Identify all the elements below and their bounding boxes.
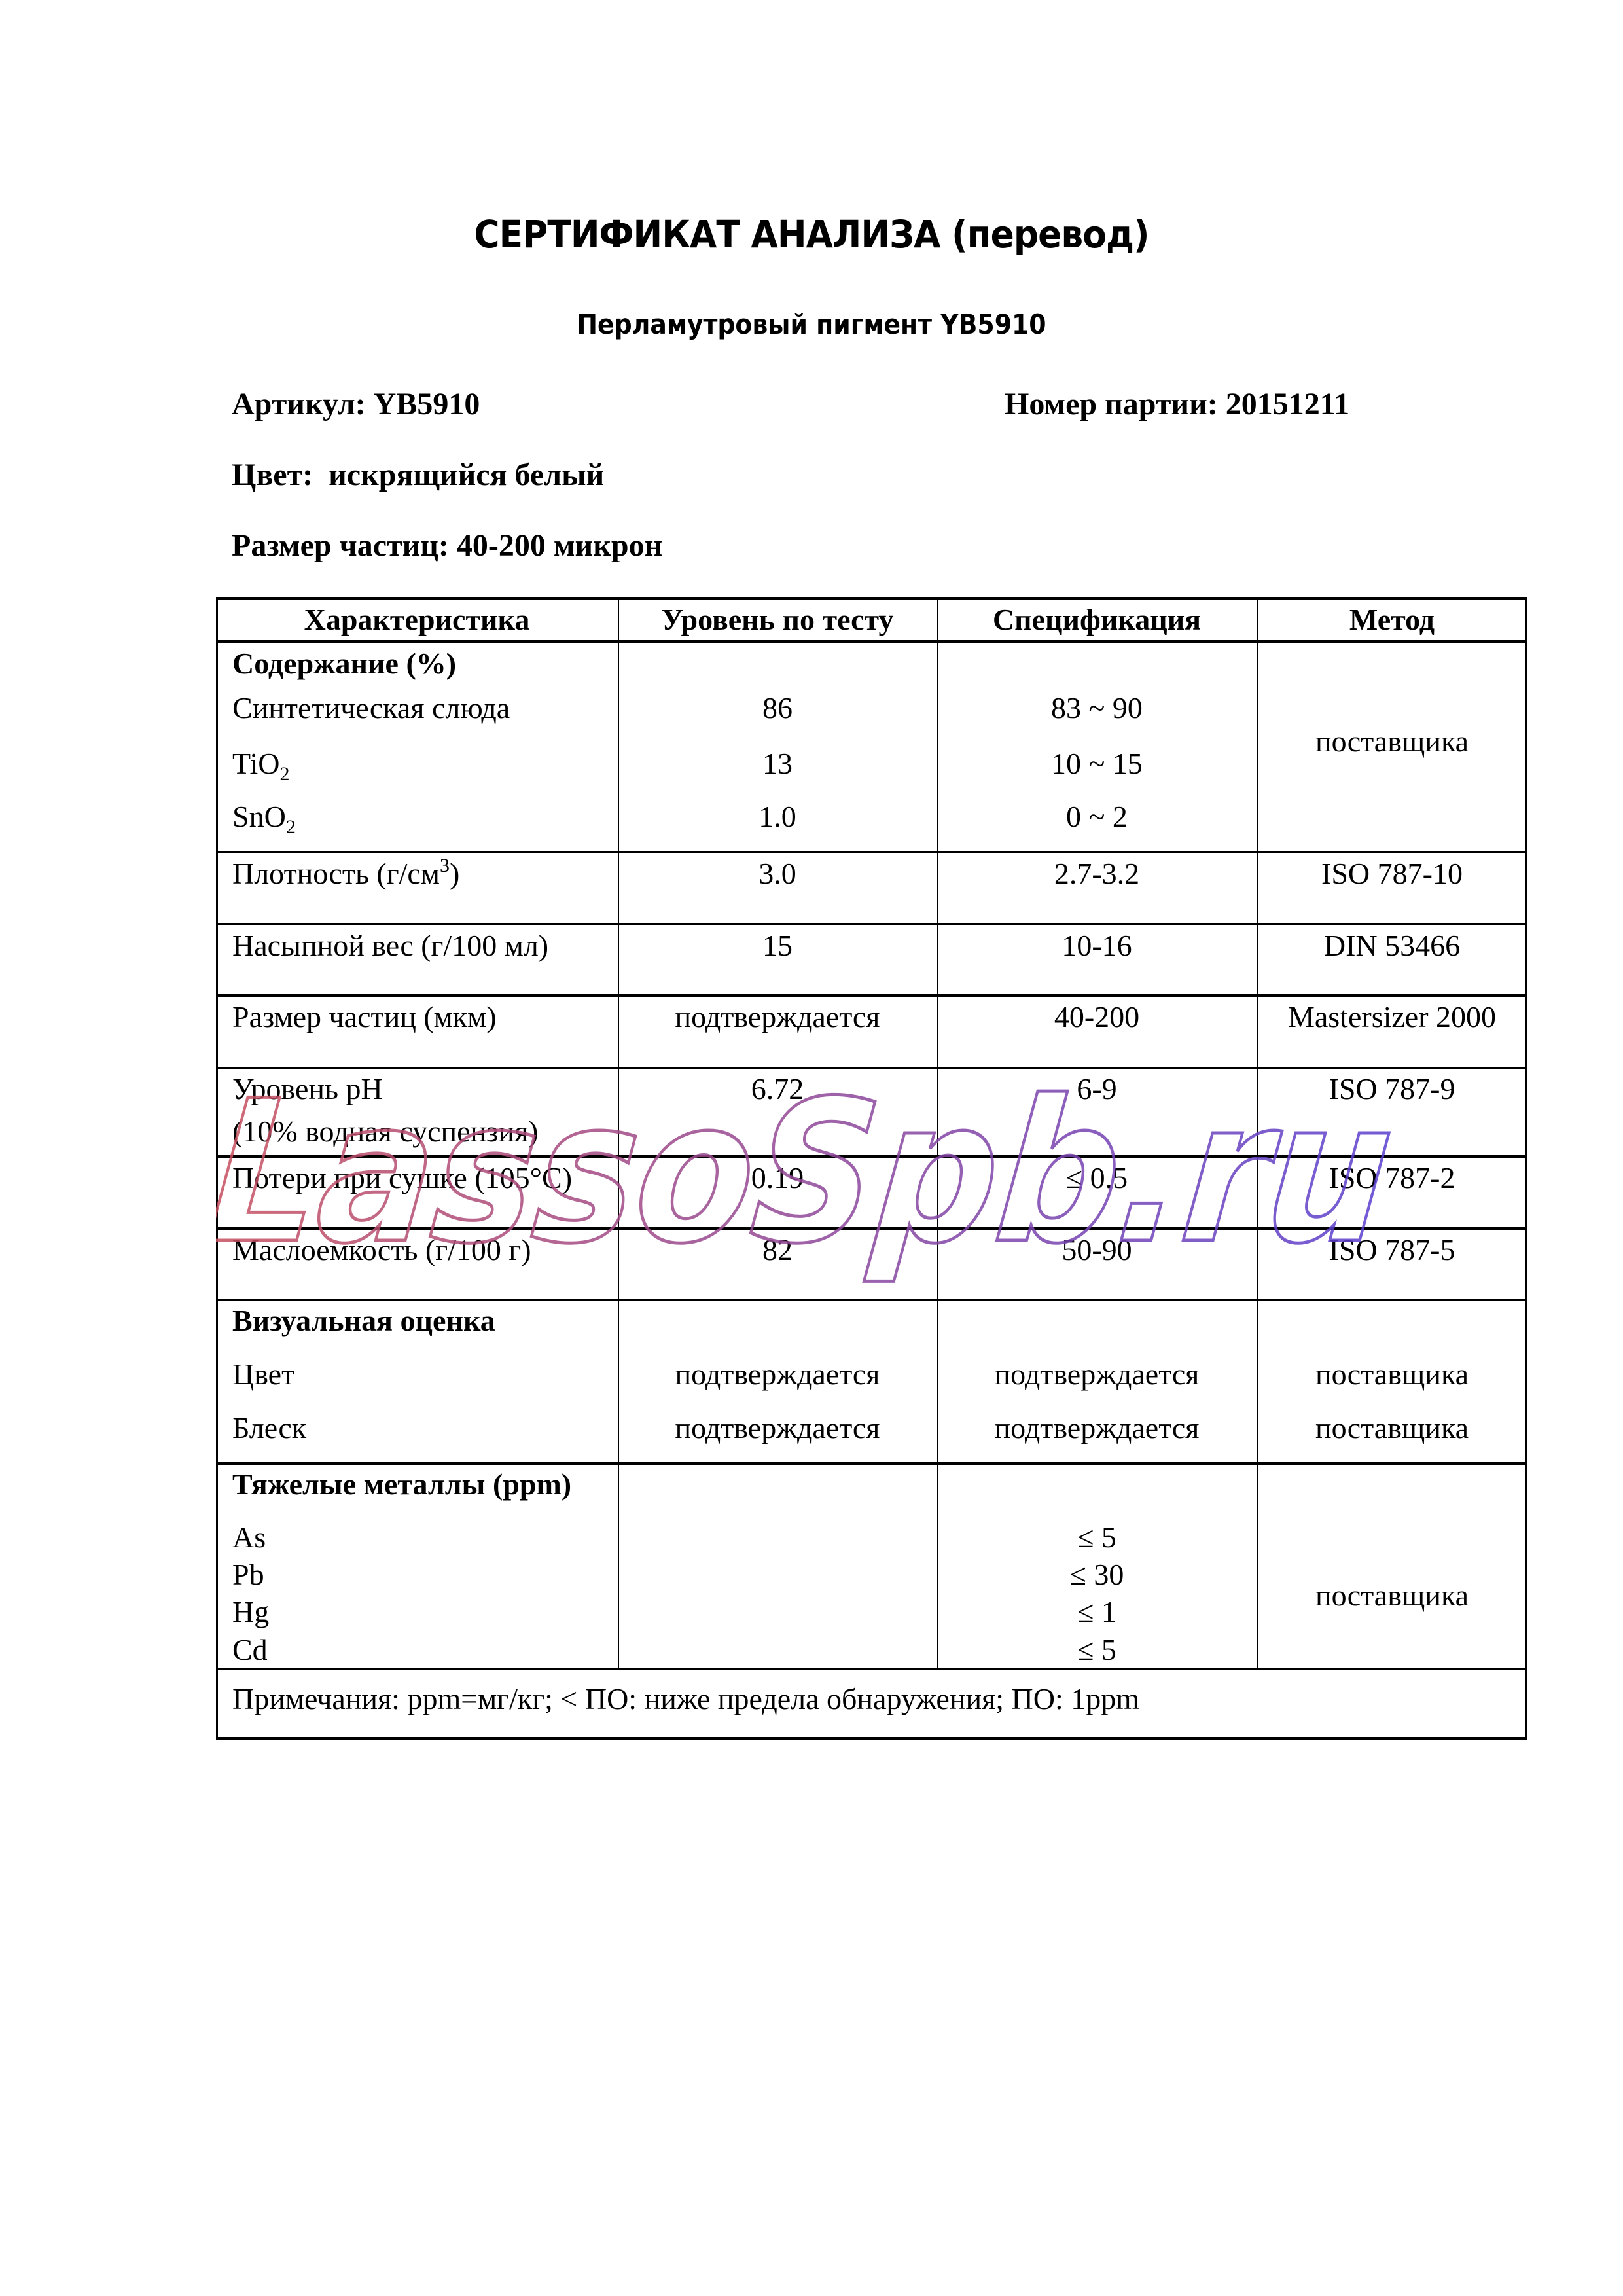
table-border [216, 1067, 1527, 1069]
table-border [216, 1668, 1527, 1670]
content-row-spec: 83 ~ 90 [937, 691, 1257, 725]
row-method: ISO 787-5 [1257, 1233, 1527, 1267]
table-border [216, 1155, 1527, 1158]
row-method: Mastersizer 2000 [1257, 1000, 1527, 1034]
table-note: Примечания: ppm=мг/кг; < ПО: ниже предел… [232, 1682, 1139, 1716]
analysis-table: Характеристика Уровень по тесту Специфик… [216, 597, 1527, 1738]
row-spec: 40-200 [937, 1000, 1257, 1034]
row-name-line2: (10% водная суспензия) [232, 1115, 538, 1149]
batch-value: 20151211 [1226, 387, 1349, 422]
row-spec: 6-9 [937, 1072, 1257, 1106]
content-row-value: 1.0 [618, 800, 937, 834]
metal-spec: ≤ 1 [937, 1595, 1257, 1629]
content-row-name: SnO2 [232, 800, 296, 834]
row-value: 15 [618, 929, 937, 963]
visual-row-method: поставщика [1257, 1411, 1527, 1445]
metal-spec: ≤ 5 [937, 1633, 1257, 1667]
metal-spec: ≤ 30 [937, 1558, 1257, 1592]
table-border [216, 923, 1527, 925]
row-spec: 50-90 [937, 1233, 1257, 1267]
header-test-level: Уровень по тесту [618, 603, 937, 637]
visual-row-spec: подтверждается [937, 1411, 1257, 1445]
table-border [216, 597, 218, 1740]
row-value: 6.72 [618, 1072, 937, 1106]
metal-name: Pb [232, 1558, 264, 1592]
table-border [216, 851, 1527, 853]
row-name: Насыпной вес (г/100 мл) [232, 929, 548, 963]
row-value: подтверждается [618, 1000, 937, 1034]
table-border [216, 597, 1527, 600]
article-line: Артикул: YB5910 [232, 386, 480, 423]
row-method: ISO 787-9 [1257, 1072, 1527, 1106]
metal-spec: ≤ 5 [937, 1520, 1257, 1554]
content-row-name: TiO2 [232, 747, 289, 781]
table-border [216, 1462, 1527, 1465]
color-value: искрящийся белый [329, 457, 604, 492]
batch-label: Номер партии: [1005, 387, 1218, 422]
metals-method: поставщика [1257, 1579, 1527, 1613]
row-method: ISO 787-2 [1257, 1161, 1527, 1195]
certificate-page: СЕРТИФИКАТ АНАЛИЗА (перевод) Перламутров… [0, 0, 1623, 2296]
particle-size-value: 40-200 микрон [457, 528, 662, 563]
row-name: Размер частиц (мкм) [232, 1000, 497, 1034]
content-row-value: 13 [618, 747, 937, 781]
batch-line: Номер партии: 20151211 [1005, 386, 1349, 423]
row-value: 82 [618, 1233, 937, 1267]
visual-row-value: подтверждается [618, 1411, 937, 1445]
metal-name: Hg [232, 1595, 269, 1629]
visual-row-method: поставщика [1257, 1357, 1527, 1391]
particle-size-line: Размер частиц: 40-200 микрон [232, 528, 662, 564]
metal-name: As [232, 1520, 266, 1554]
visual-row-spec: подтверждается [937, 1357, 1257, 1391]
document-title: СЕРТИФИКАТ АНАЛИЗА (перевод) [65, 208, 1558, 260]
content-row-spec: 0 ~ 2 [937, 800, 1257, 834]
visual-section-title: Визуальная оценка [232, 1304, 495, 1338]
header-characteristic: Характеристика [216, 603, 618, 637]
row-name: Плотность (г/см3) [232, 857, 459, 891]
row-name: Уровень pH [232, 1072, 383, 1106]
table-border [216, 1299, 1527, 1301]
content-method: поставщика [1257, 725, 1527, 759]
metal-name: Cd [232, 1633, 268, 1667]
metals-section-title: Тяжелые металлы (ppm) [232, 1467, 571, 1501]
row-value: 0.19 [618, 1161, 937, 1195]
row-spec: ≤ 0.5 [937, 1161, 1257, 1195]
table-border [216, 1227, 1527, 1230]
particle-size-label: Размер частиц: [232, 528, 449, 563]
row-spec: 2.7-3.2 [937, 857, 1257, 891]
row-name: Потери при сушке (105°C) [232, 1161, 572, 1195]
visual-row-value: подтверждается [618, 1357, 937, 1391]
content-row-value: 86 [618, 691, 937, 725]
article-label: Артикул: [232, 387, 366, 422]
table-border [216, 1737, 1527, 1740]
row-method: ISO 787-10 [1257, 857, 1527, 891]
row-value: 3.0 [618, 857, 937, 891]
color-label: Цвет: [232, 457, 313, 492]
product-subtitle: Перламутровый пигмент YB5910 [81, 305, 1542, 344]
visual-row-name: Цвет [232, 1357, 294, 1391]
row-name: Маслоемкость (г/100 г) [232, 1233, 531, 1267]
row-method: DIN 53466 [1257, 929, 1527, 963]
visual-row-name: Блеск [232, 1411, 306, 1445]
header-method: Метод [1257, 603, 1527, 637]
article-value: YB5910 [374, 387, 480, 422]
content-row-spec: 10 ~ 15 [937, 747, 1257, 781]
color-line: Цвет: искрящийся белый [232, 457, 604, 493]
content-row-name: Синтетическая слюда [232, 691, 510, 725]
header-specification: Спецификация [937, 603, 1257, 637]
table-border [216, 994, 1527, 997]
row-spec: 10-16 [937, 929, 1257, 963]
content-section-title: Содержание (%) [232, 647, 456, 681]
table-border [216, 640, 1527, 643]
